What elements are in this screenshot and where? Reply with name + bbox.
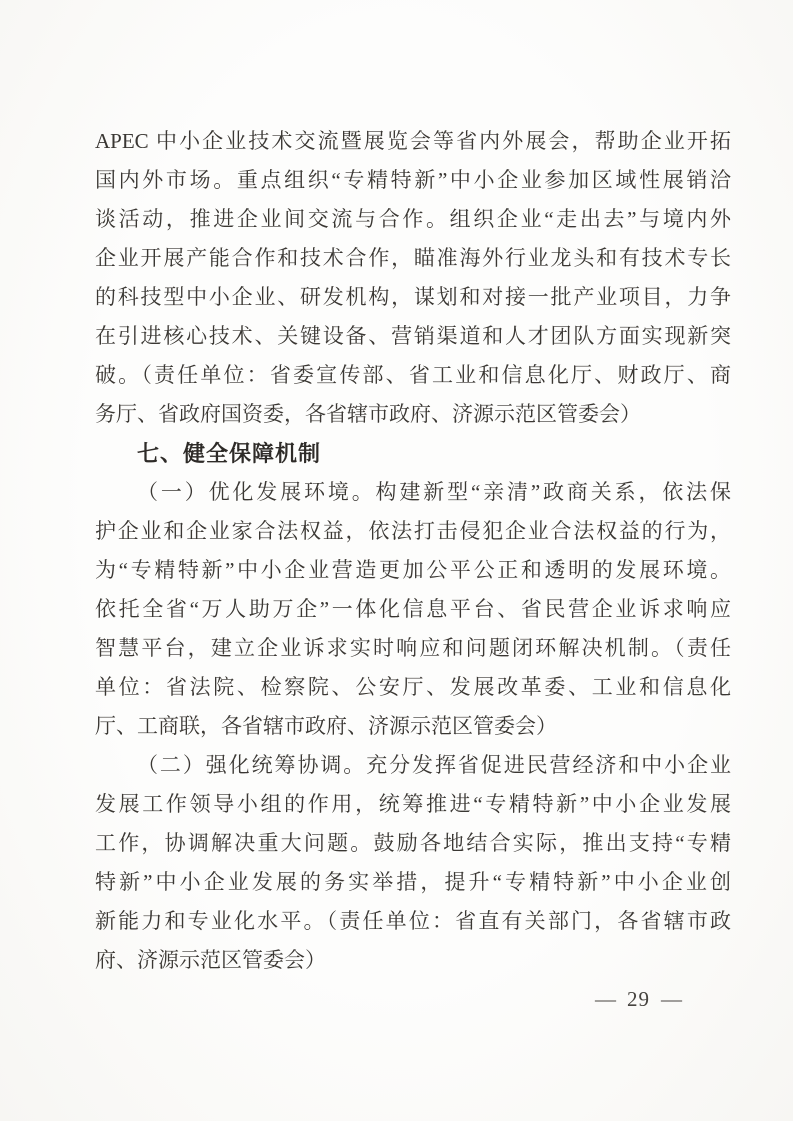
page-number-dash-right: — xyxy=(661,984,682,1014)
text-line: 特新”中小企业发展的务实举措，提升“专精特新”中小企业创 xyxy=(95,863,731,902)
text-line: （二）强化统筹协调。充分发挥省促进民营经济和中小企业 xyxy=(95,746,731,785)
text-line: 依托全省“万人助万企”一体化信息平台、省民营企业诉求响应 xyxy=(95,590,731,629)
text-line: 府、济源示范区管委会） xyxy=(95,941,731,980)
text-line: 谈活动，推进企业间交流与合作。组织企业“走出去”与境内外 xyxy=(95,200,731,239)
text-line: （一）优化发展环境。构建新型“亲清”政商关系，依法保 xyxy=(95,473,731,512)
paragraph-lead: （二）强化统筹协调。 xyxy=(137,753,366,777)
text-line: 在引进核心技术、关键设备、营销渠道和人才团队方面实现新突 xyxy=(95,317,731,356)
paragraph-text: 构建新型“亲清”政商关系，依法保 xyxy=(376,480,731,504)
paragraph-text: 充分发挥省促进民营经济和中小企业 xyxy=(366,753,731,777)
text-line: 破。（责任单位：省委宣传部、省工业和信息化厅、财政厅、商 xyxy=(95,356,731,395)
document-page: APEC 中小企业技术交流暨展览会等省内外展会，帮助企业开拓 国内外市场。重点组… xyxy=(0,0,793,1121)
text-line: 工作，协调解决重大问题。鼓励各地结合实际，推出支持“专精 xyxy=(95,824,731,863)
text-line: 的科技型中小企业、研发机构，谋划和对接一批产业项目，力争 xyxy=(95,278,731,317)
text-line: 厅、工商联，各省辖市政府、济源示范区管委会） xyxy=(95,707,731,746)
text-line: APEC 中小企业技术交流暨展览会等省内外展会，帮助企业开拓 xyxy=(95,122,731,161)
text-line: 为“专精特新”中小企业营造更加公平公正和透明的发展环境。 xyxy=(95,551,731,590)
page-number: — 29 — xyxy=(595,984,682,1014)
text-line: 发展工作领导小组的作用，统筹推进“专精特新”中小企业发展 xyxy=(95,785,731,824)
page-number-dash-left: — xyxy=(595,984,616,1014)
page-number-value: 29 xyxy=(627,984,650,1014)
text-line: 新能力和专业化水平。（责任单位：省直有关部门，各省辖市政 xyxy=(95,902,731,941)
text-line: 智慧平台，建立企业诉求实时响应和问题闭环解决机制。（责任 xyxy=(95,629,731,668)
text-line: 企业开展产能合作和技术合作，瞄准海外行业龙头和有技术专长 xyxy=(95,239,731,278)
text-line: 务厅、省政府国资委，各省辖市政府、济源示范区管委会） xyxy=(95,395,731,434)
section-heading: 七、健全保障机制 xyxy=(95,434,731,473)
paragraph-lead: （一）优化发展环境。 xyxy=(137,480,376,504)
text-line: 国内外市场。重点组织“专精特新”中小企业参加区域性展销洽 xyxy=(95,161,731,200)
text-line: 单位：省法院、检察院、公安厅、发展改革委、工业和信息化 xyxy=(95,668,731,707)
document-text-column: APEC 中小企业技术交流暨展览会等省内外展会，帮助企业开拓 国内外市场。重点组… xyxy=(95,122,731,980)
text-line: 护企业和企业家合法权益，依法打击侵犯企业合法权益的行为， xyxy=(95,512,731,551)
